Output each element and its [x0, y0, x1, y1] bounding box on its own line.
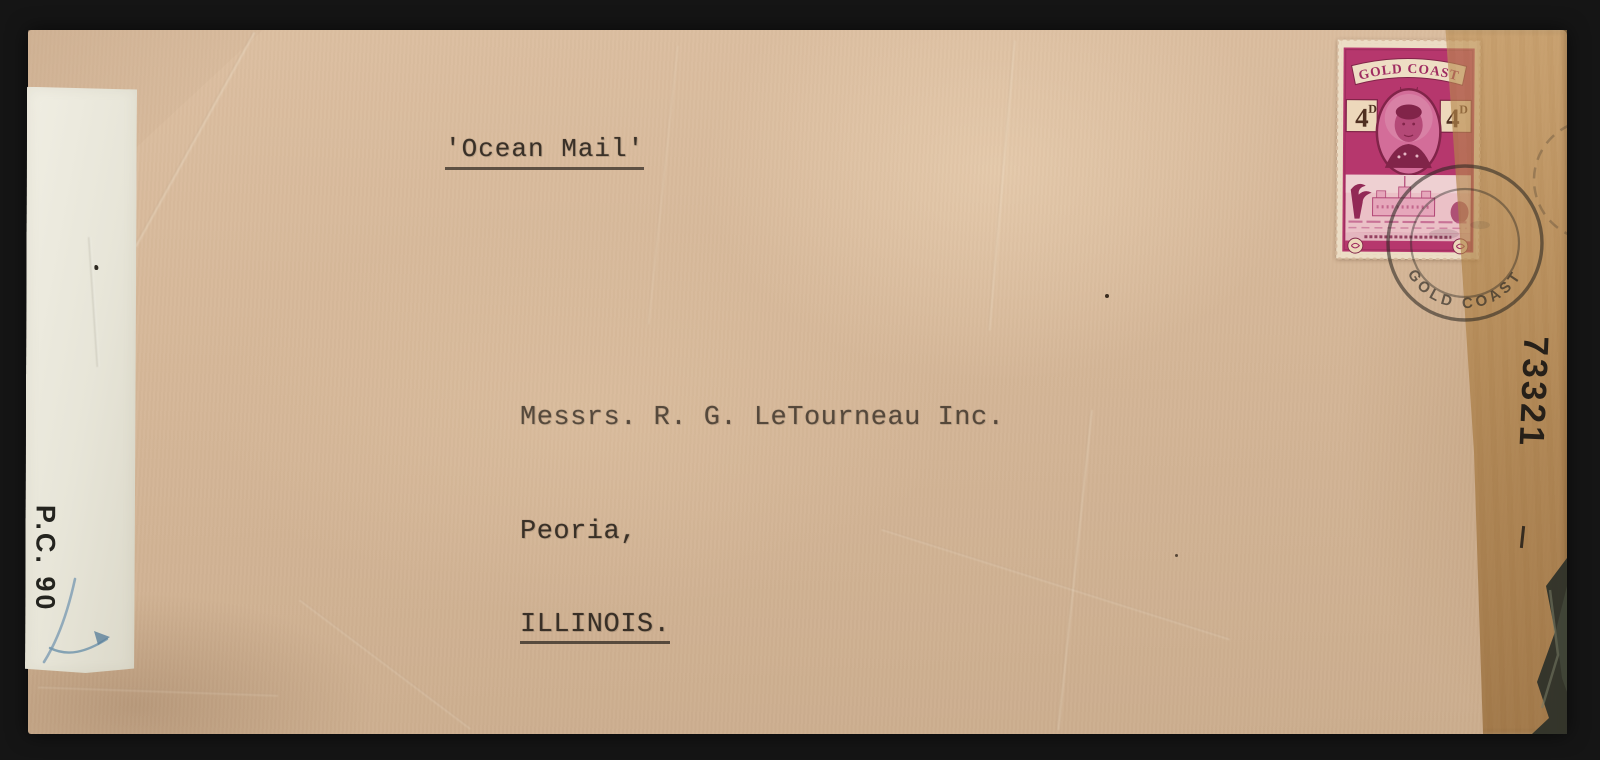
tape-speck: [94, 265, 98, 270]
crease-line: [38, 686, 278, 697]
photo-background: 'Ocean Mail' Messrs. R. G. LeTourneau In…: [0, 0, 1600, 760]
crease-line: [1056, 410, 1094, 731]
address-line-1: Messrs. R. G. LeTourneau Inc.: [520, 403, 1004, 434]
envelope: 'Ocean Mail' Messrs. R. G. LeTourneau In…: [28, 30, 1567, 734]
crease-line: [646, 46, 679, 325]
crease-line: [987, 40, 1016, 330]
address-line-2: Peoria,: [520, 517, 1004, 548]
ocean-mail-text: 'Ocean Mail': [445, 134, 644, 170]
ocean-mail-annotation: 'Ocean Mail': [445, 134, 644, 164]
censor-tape-left: P.C. 90: [25, 87, 137, 673]
paper-speck: [1105, 294, 1109, 298]
paper-speck: [1175, 554, 1178, 557]
address-block: Messrs. R. G. LeTourneau Inc. Peoria, IL…: [520, 341, 1004, 703]
censor-tape-left-label: P.C. 90: [29, 505, 60, 613]
crease-line: [299, 599, 472, 730]
tape-crease: [88, 237, 100, 367]
censor-number-tick: [1520, 526, 1525, 548]
address-line-3: ILLINOIS.: [520, 610, 1004, 641]
censor-tape-right-number: 73321: [1511, 335, 1556, 449]
address-state-text: ILLINOIS.: [520, 610, 670, 644]
